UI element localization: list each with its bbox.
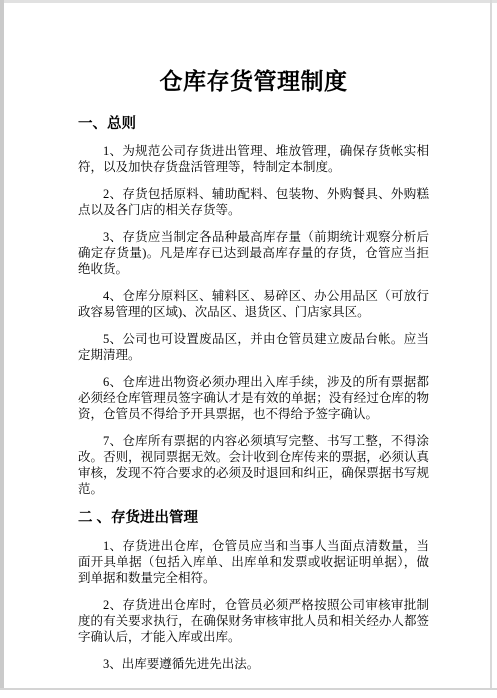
document-viewer: { "page": { "background_color": "#ffffff… [0,0,497,698]
section-2-heading: 二 、存货进出管理 [78,508,429,528]
section-1-paragraph-5: 5、公司也可设置废品区，并由仓管员建立废品台帐。应当定期清理。 [78,331,429,363]
page-right-edge [490,0,492,690]
page-top-edge [0,0,497,3]
section-2-paragraph-2: 2、存货进出仓库时，仓管员必须严格按照公司审核审批制度的有关要求执行，在确保财务… [78,597,429,645]
section-1-paragraph-1: 1、为规范公司存货进出管理、堆放管理，确保存货帐实相符，以及加快存货盘活管理等，… [78,143,429,175]
section-2-paragraph-1: 1、存货进出仓库，仓管员应当和当事人当面点清数量，当面开具单据（包括入库单、出库… [78,538,429,586]
page-left-edge [0,0,4,690]
section-1-paragraph-3: 3、存货应当制定各品种最高库存量（前期统计观察分析后确定存货量)。凡是库存已达到… [78,229,429,277]
document-title: 仓库存货管理制度 [78,66,429,96]
section-1-paragraph-7: 7、仓库所有票据的内容必须填写完整、书写工整，不得涂改。否则，视同票据无效。会计… [78,433,429,497]
section-2-paragraph-3: 3、出库要遵循先进先出法。 [78,656,429,672]
section-1-paragraph-2: 2、存货包括原料、辅助配料、包装物、外购餐具、外购糕点以及各门店的相关存货等。 [78,186,429,218]
section-1-heading: 一、总则 [78,114,429,134]
document-page: 仓库存货管理制度 一、总则 1、为规范公司存货进出管理、堆放管理，确保存货帐实相… [0,0,497,698]
section-1-paragraph-4: 4、仓库分原料区、辅料区、易碎区、办公用品区（可放行政容易管理的区域)、次品区、… [78,288,429,320]
document-content: 仓库存货管理制度 一、总则 1、为规范公司存货进出管理、堆放管理，确保存货帐实相… [78,0,429,683]
page-bottom-edge [0,688,497,690]
section-1-paragraph-6: 6、仓库进出物资必须办理出入库手续，涉及的所有票据都必须经仓库管理员签字确认才是… [78,374,429,422]
